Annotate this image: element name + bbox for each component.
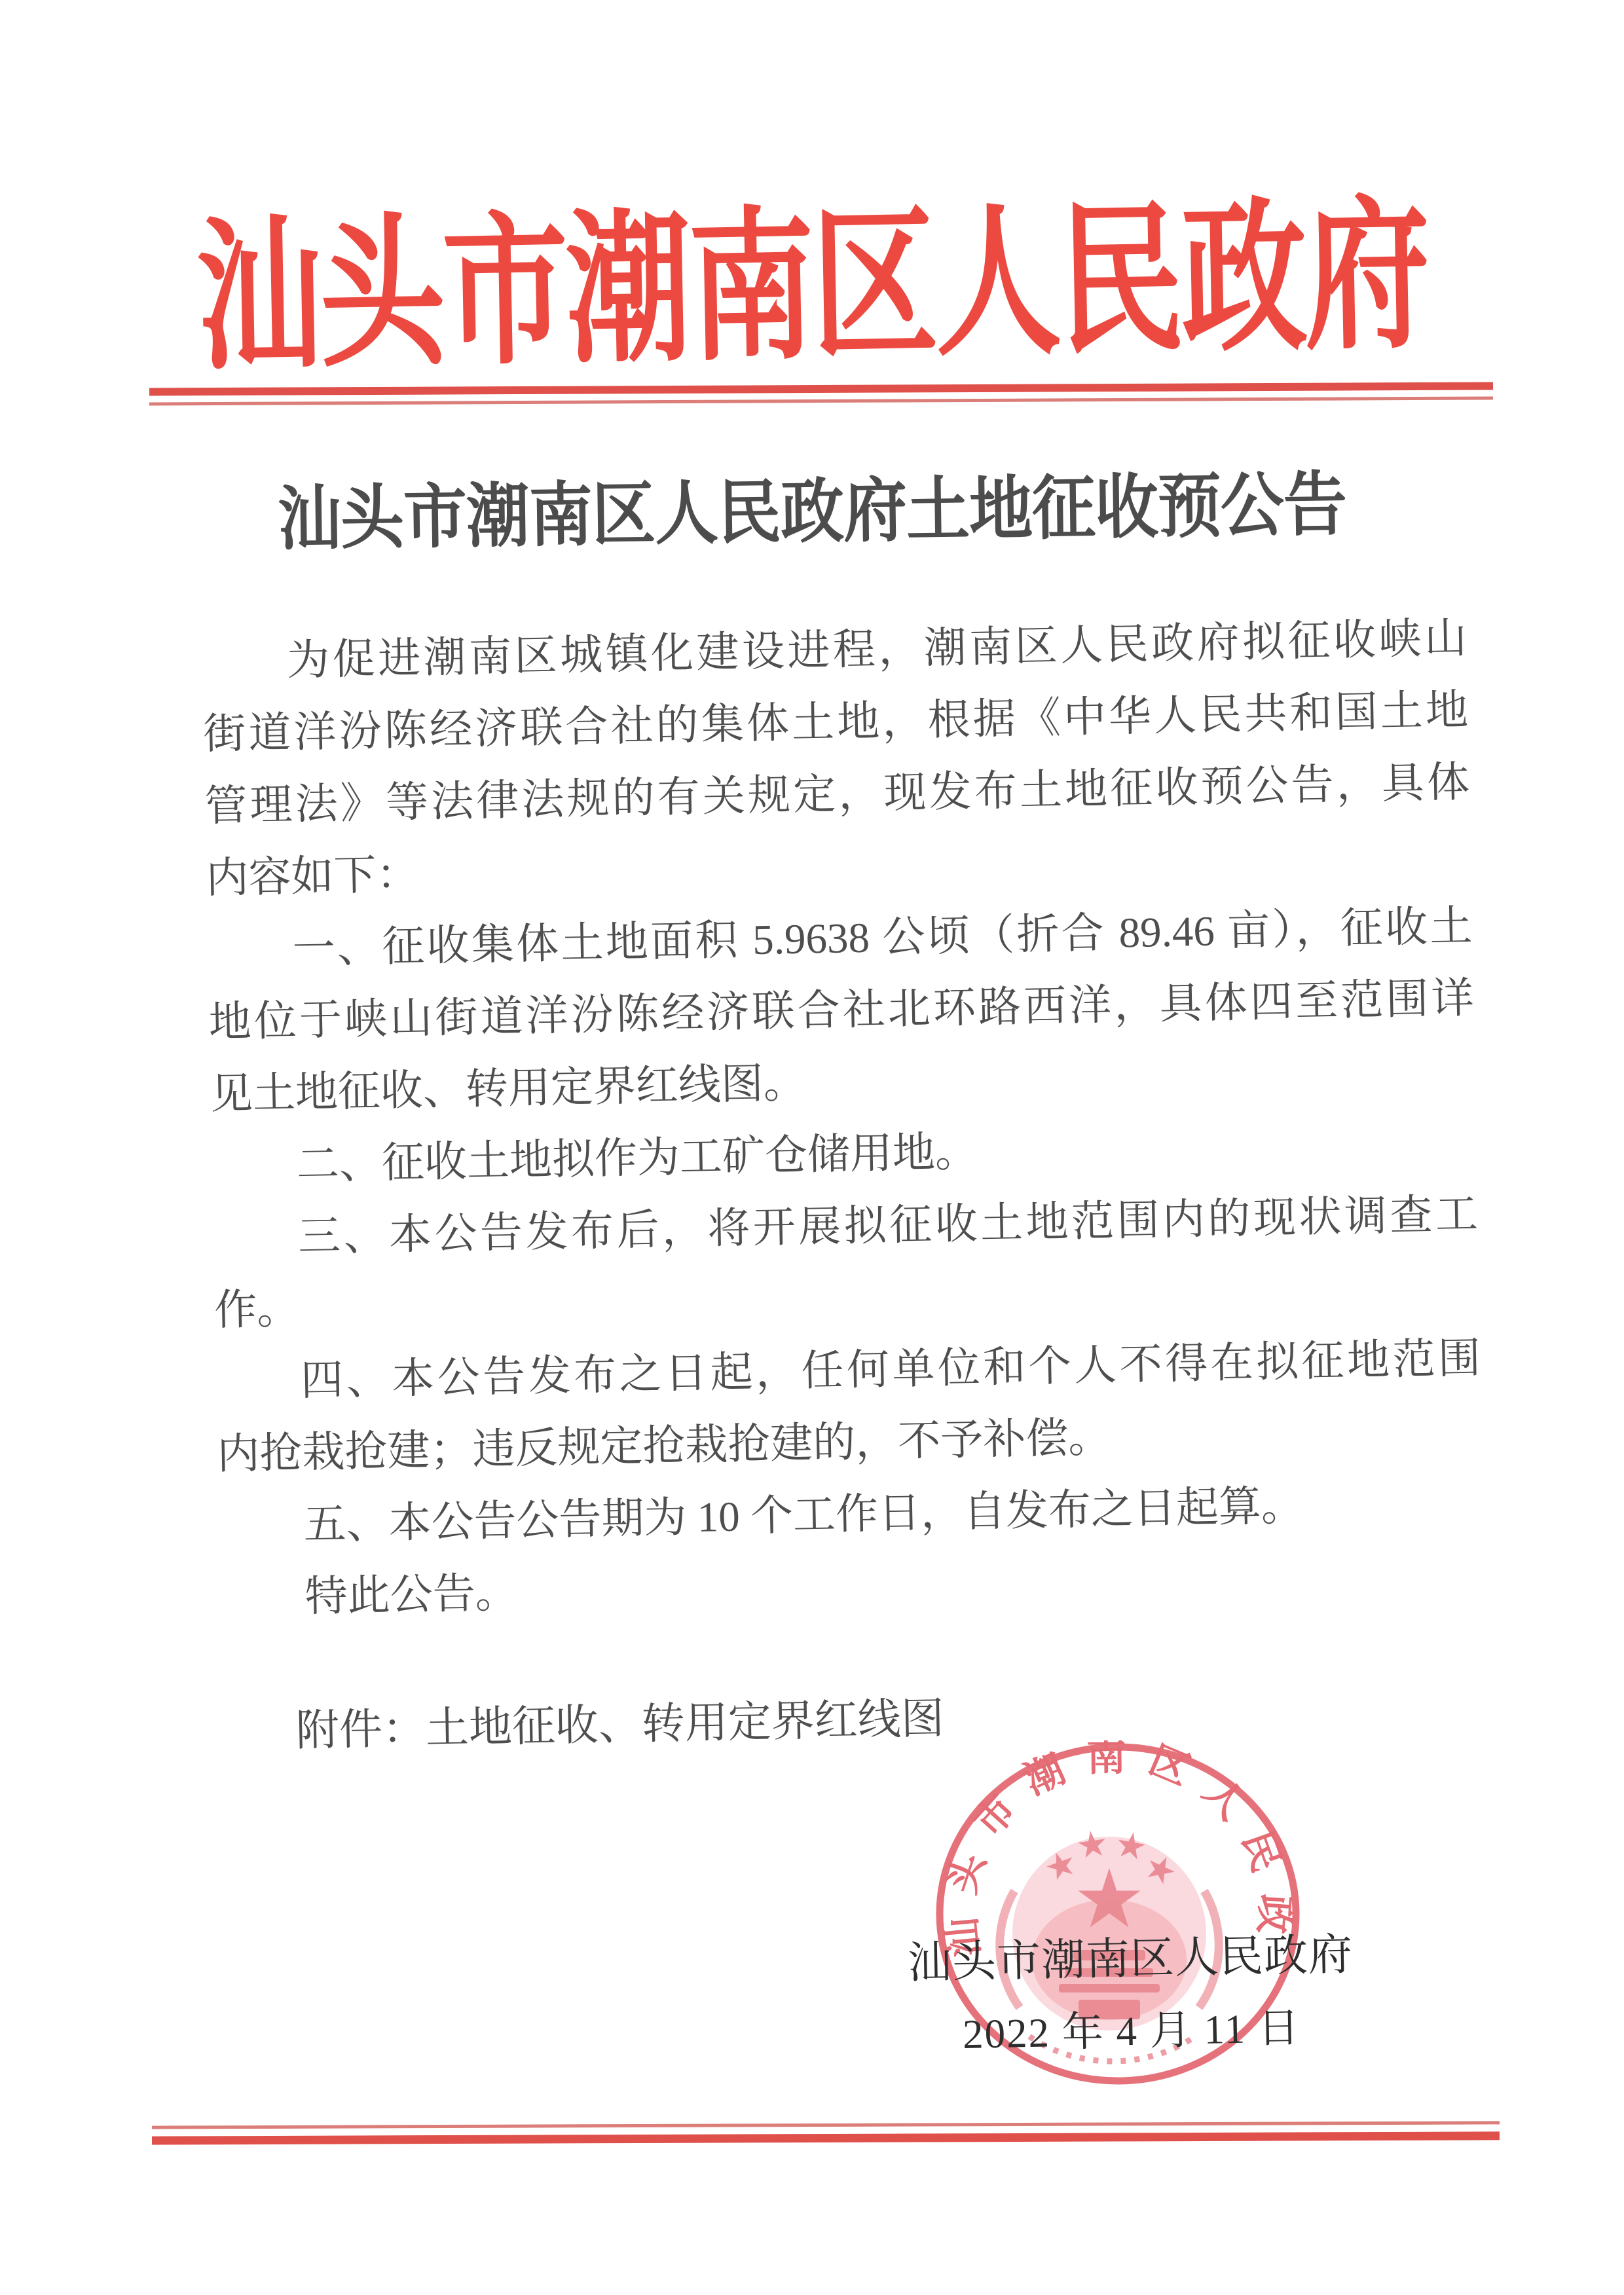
signature-org: 汕头市潮南区人民政府 xyxy=(907,1928,1353,1989)
footer-rule-thick xyxy=(152,2131,1500,2144)
body-text: 为促进潮南区城镇化建设进程，潮南区人民政府拟征收峡山街道洋汾陈经济联合社的集体土… xyxy=(201,602,1485,1635)
footer-rule-thin xyxy=(152,2121,1500,2129)
signature-date: 2022 年 4 月 11 日 xyxy=(962,2002,1301,2061)
document-title: 汕头市潮南区人民政府土地征收预公告 xyxy=(0,462,1624,564)
scanned-document-page: 汕头市潮南区人民政府 汕头市潮南区人民政府土地征收预公告 为促进潮南区城镇化建设… xyxy=(0,0,1624,2295)
letterhead-org-name: 汕头市潮南区人民政府 xyxy=(0,188,1624,388)
header-rule-thin xyxy=(149,397,1493,406)
